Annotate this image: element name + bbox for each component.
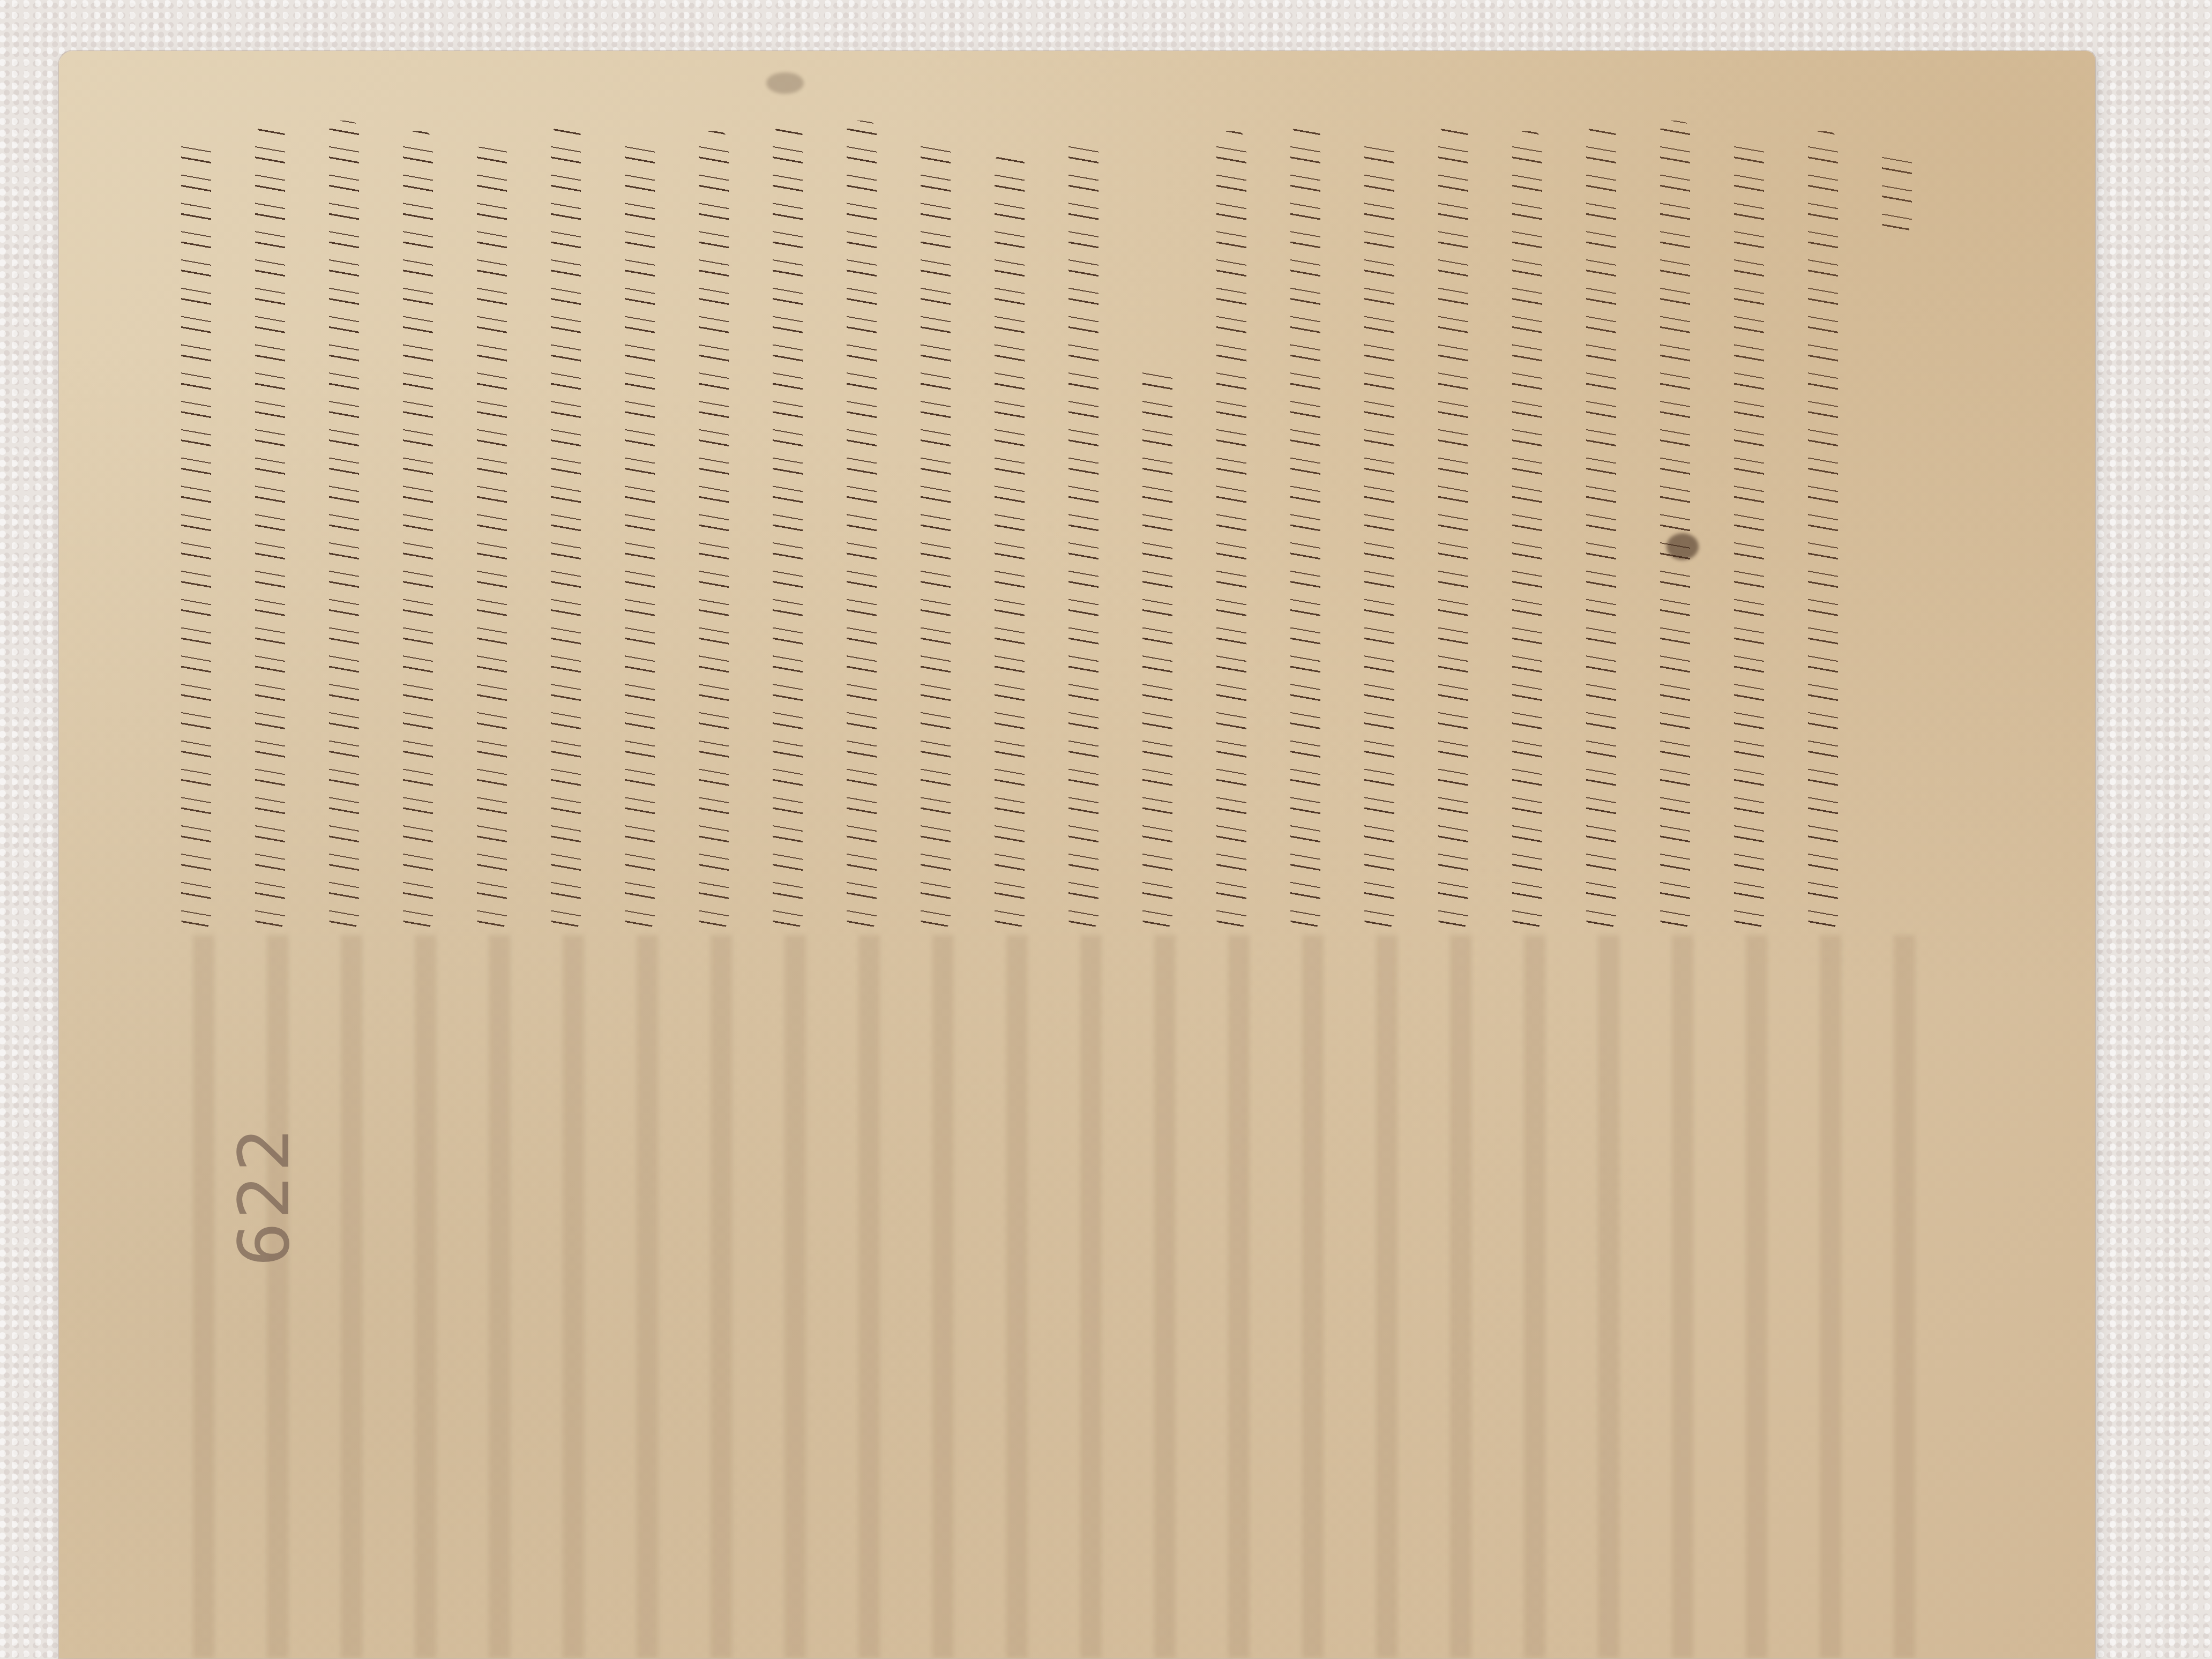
handwritten-line	[1782, 72, 1856, 930]
handwritten-line	[1634, 72, 1708, 930]
handwritten-line	[377, 72, 451, 930]
handwritten-line	[969, 72, 1043, 930]
handwritten-line	[1191, 72, 1265, 930]
handwritten-line	[451, 72, 525, 930]
handwritten-line	[1413, 72, 1486, 930]
handwritten-line	[1486, 72, 1560, 930]
handwritten-text-block	[155, 72, 2031, 930]
manuscript-page: 622	[59, 51, 2095, 1658]
handwritten-line	[155, 72, 229, 930]
verso-bleed-through	[155, 935, 1924, 1658]
handwritten-line	[1708, 72, 1782, 930]
handwritten-line	[1339, 72, 1413, 930]
handwritten-line	[673, 72, 747, 930]
handwritten-line	[747, 72, 821, 930]
ink-smudge	[766, 72, 804, 94]
folio-number: 622	[223, 1124, 305, 1267]
handwritten-line	[1043, 72, 1117, 930]
handwritten-line	[1856, 72, 1930, 930]
handwritten-line	[1560, 72, 1634, 930]
handwritten-line	[599, 72, 673, 930]
handwritten-line	[1265, 72, 1339, 930]
ink-blot	[1667, 533, 1699, 560]
handwritten-line	[1117, 72, 1191, 930]
handwritten-line	[895, 72, 969, 930]
handwritten-line	[525, 72, 599, 930]
handwritten-line	[229, 72, 303, 930]
handwritten-line	[821, 72, 895, 930]
handwritten-line	[303, 72, 377, 930]
